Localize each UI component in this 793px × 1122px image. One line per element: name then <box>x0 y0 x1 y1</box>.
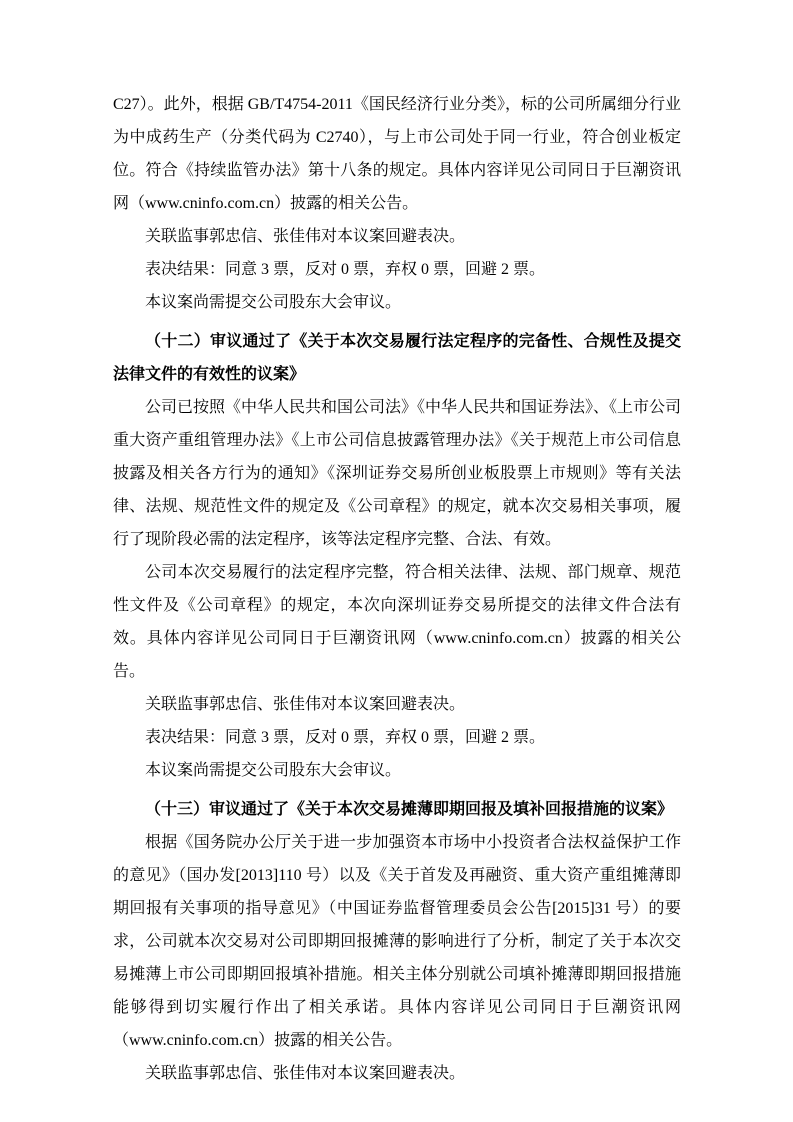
paragraph-shareholder-meeting-note: 本议案尚需提交公司股东大会审议。 <box>113 286 681 319</box>
paragraph-recusal-statement: 关联监事郭忠信、张佳伟对本议案回避表决。 <box>113 1057 681 1090</box>
section-heading-12: （十二）审议通过了《关于本次交易履行法定程序的完备性、合规性及提交法律文件的有效… <box>113 325 681 391</box>
paragraph-recusal-statement: 关联监事郭忠信、张佳伟对本议案回避表决。 <box>113 220 681 253</box>
document-body: C27）。此外，根据 GB/T4754-2011《国民经济行业分类》，标的公司所… <box>113 88 681 1090</box>
section-heading-13: （十三）审议通过了《关于本次交易摊薄即期回报及填补回报措施的议案》 <box>113 793 681 826</box>
paragraph-vote-result: 表决结果：同意 3 票，反对 0 票，弃权 0 票，回避 2 票。 <box>113 253 681 286</box>
paragraph-recusal-statement: 关联监事郭忠信、张佳伟对本议案回避表决。 <box>113 688 681 721</box>
paragraph-legal-documents-validity: 公司本次交易履行的法定程序完整，符合相关法律、法规、部门规章、规范性文件及《公司… <box>113 556 681 688</box>
paragraph-shareholder-meeting-note: 本议案尚需提交公司股东大会审议。 <box>113 754 681 787</box>
paragraph-continuation: C27）。此外，根据 GB/T4754-2011《国民经济行业分类》，标的公司所… <box>113 88 681 220</box>
paragraph-vote-result: 表决结果：同意 3 票，反对 0 票，弃权 0 票，回避 2 票。 <box>113 721 681 754</box>
paragraph-legal-procedures: 公司已按照《中华人民共和国公司法》《中华人民共和国证券法》、《上市公司重大资产重… <box>113 391 681 556</box>
document-page: C27）。此外，根据 GB/T4754-2011《国民经济行业分类》，标的公司所… <box>0 0 793 1122</box>
paragraph-dilution-return-measures: 根据《国务院办公厅关于进一步加强资本市场中小投资者合法权益保护工作的意见》（国办… <box>113 826 681 1057</box>
